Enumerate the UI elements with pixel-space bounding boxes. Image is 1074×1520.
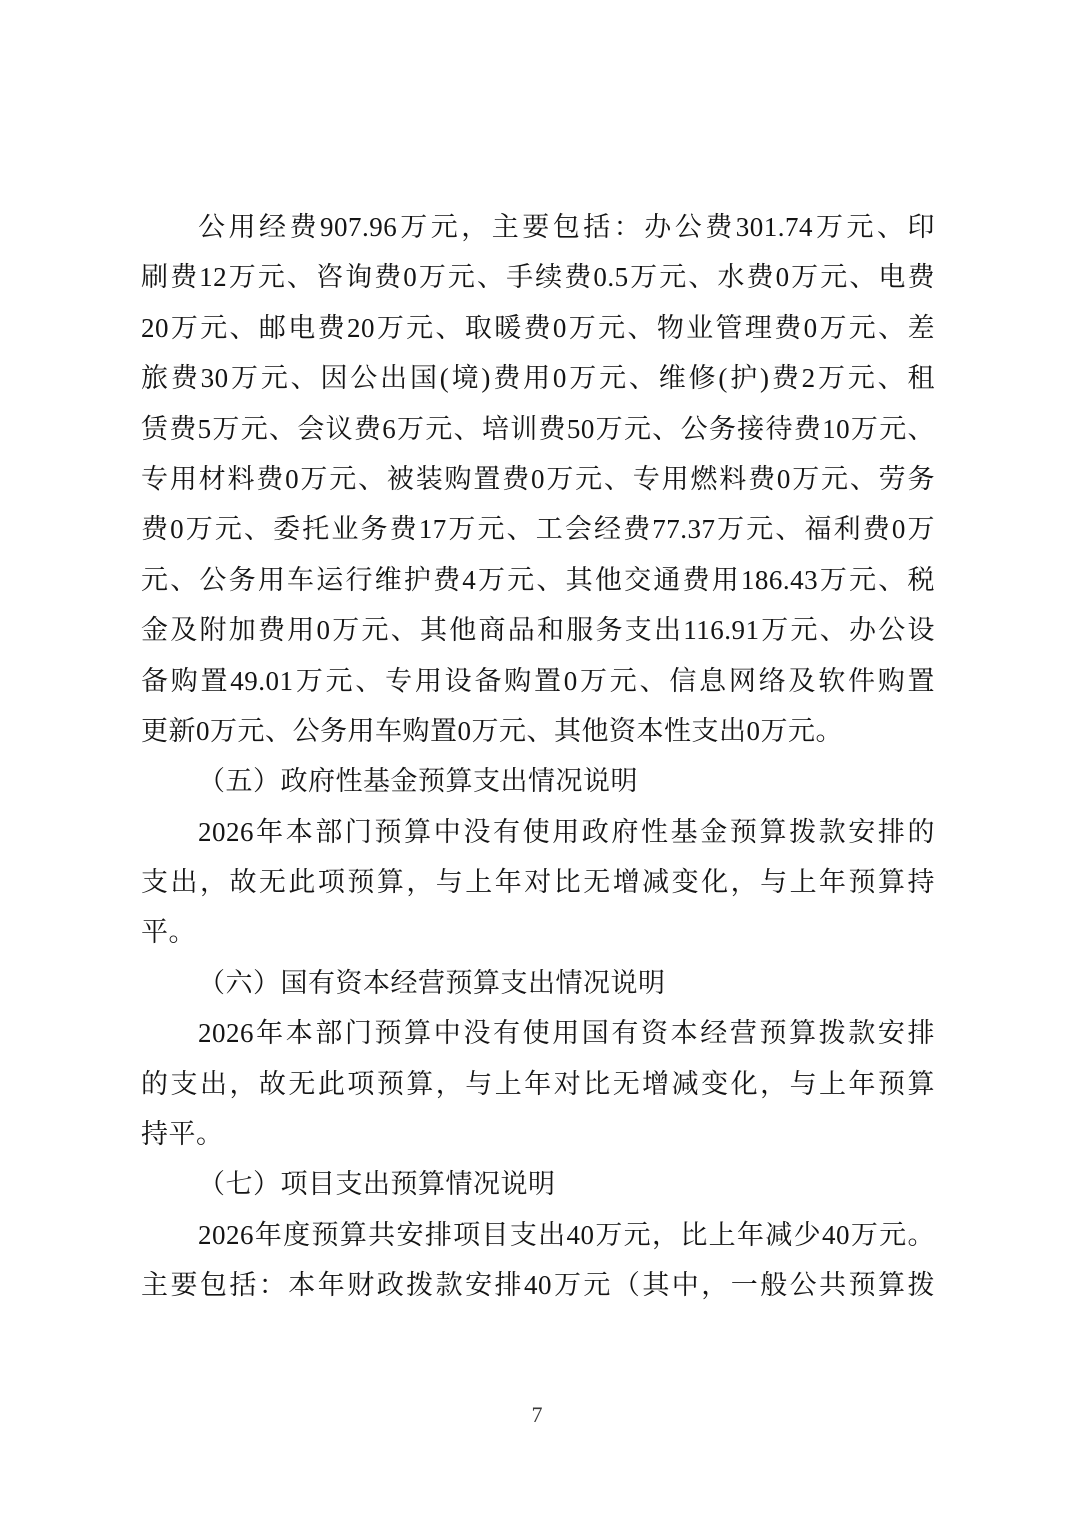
paragraph-public-expense-detail: 公用经费907.96万元，主要包括：办公费301.74万元、印刷费12万元、咨询… bbox=[141, 202, 935, 756]
paragraph-gov-fund-budget: 2026年本部门预算中没有使用政府性基金预算拨款安排的支出，故无此项预算，与上年… bbox=[141, 807, 935, 958]
text-line: 赁费5万元、会议费6万元、培训费50万元、公务接待费10万元、 bbox=[141, 404, 935, 454]
text-line: 元、公务用车运行维护费4万元、其他交通费用186.43万元、税 bbox=[141, 555, 935, 605]
heading-section-6: （六）国有资本经营预算支出情况说明 bbox=[141, 958, 935, 1008]
document-page: 公用经费907.96万元，主要包括：办公费301.74万元、印刷费12万元、咨询… bbox=[0, 0, 1074, 1520]
text-line: 20万元、邮电费20万元、取暖费0万元、物业管理费0万元、差 bbox=[141, 303, 935, 353]
text-line: 2026年本部门预算中没有使用政府性基金预算拨款安排的 bbox=[141, 807, 935, 857]
text-line: 平。 bbox=[141, 907, 935, 957]
text-line: 的支出，故无此项预算，与上年对比无增减变化，与上年预算 bbox=[141, 1059, 935, 1109]
text-line: 公用经费907.96万元，主要包括：办公费301.74万元、印 bbox=[141, 202, 935, 252]
text-line: 2026年度预算共安排项目支出40万元，比上年减少40万元。 bbox=[141, 1210, 935, 1260]
paragraph-project-expense-budget: 2026年度预算共安排项目支出40万元，比上年减少40万元。主要包括：本年财政拨… bbox=[141, 1210, 935, 1311]
text-line: 更新0万元、公务用车购置0万元、其他资本性支出0万元。 bbox=[141, 706, 935, 756]
text-line: 主要包括：本年财政拨款安排40万元（其中，一般公共预算拨 bbox=[141, 1260, 935, 1310]
text-line: 刷费12万元、咨询费0万元、手续费0.5万元、水费0万元、电费 bbox=[141, 252, 935, 302]
text-line: 支出，故无此项预算，与上年对比无增减变化，与上年预算持 bbox=[141, 857, 935, 907]
text-line: 旅费30万元、因公出国(境)费用0万元、维修(护)费2万元、租 bbox=[141, 353, 935, 403]
text-line: （五）政府性基金预算支出情况说明 bbox=[141, 756, 935, 806]
text-line: （六）国有资本经营预算支出情况说明 bbox=[141, 958, 935, 1008]
text-line: 持平。 bbox=[141, 1109, 935, 1159]
document-body: 公用经费907.96万元，主要包括：办公费301.74万元、印刷费12万元、咨询… bbox=[141, 202, 935, 1311]
text-line: 备购置49.01万元、专用设备购置0万元、信息网络及软件购置 bbox=[141, 656, 935, 706]
heading-section-5: （五）政府性基金预算支出情况说明 bbox=[141, 756, 935, 806]
text-line: 金及附加费用0万元、其他商品和服务支出116.91万元、办公设 bbox=[141, 605, 935, 655]
text-line: 2026年本部门预算中没有使用国有资本经营预算拨款安排 bbox=[141, 1008, 935, 1058]
text-line: （七）项目支出预算情况说明 bbox=[141, 1159, 935, 1209]
text-line: 专用材料费0万元、被装购置费0万元、专用燃料费0万元、劳务 bbox=[141, 454, 935, 504]
text-line: 费0万元、委托业务费17万元、工会经费77.37万元、福利费0万 bbox=[141, 504, 935, 554]
heading-section-7: （七）项目支出预算情况说明 bbox=[141, 1159, 935, 1209]
paragraph-state-capital-budget: 2026年本部门预算中没有使用国有资本经营预算拨款安排的支出，故无此项预算，与上… bbox=[141, 1008, 935, 1159]
page-number: 7 bbox=[0, 1400, 1074, 1430]
